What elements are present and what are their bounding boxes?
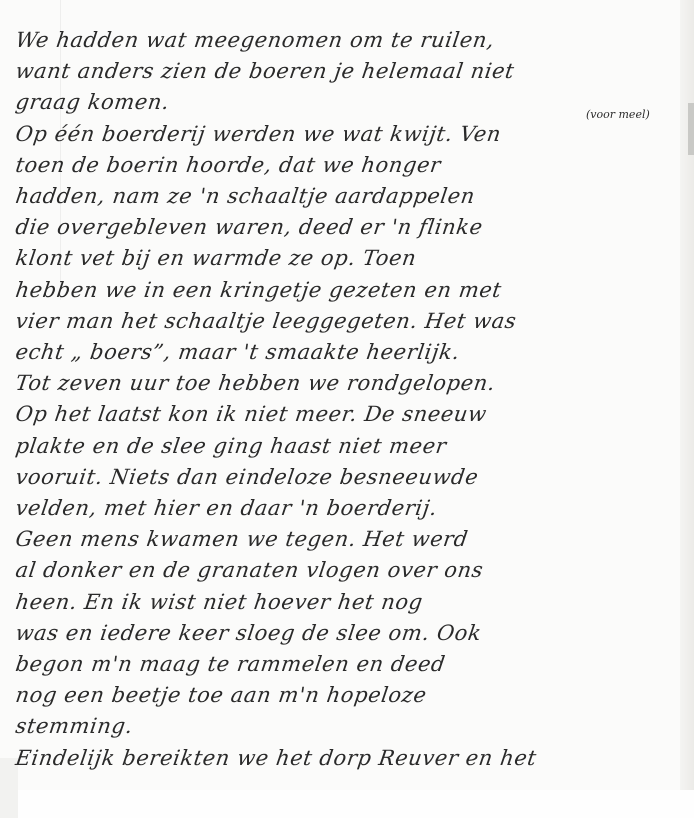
- text-line-19: heen. En ik wist niet hoever het nog: [14, 590, 425, 614]
- text-line-16: velden, met hier en daar 'n boerderij.: [14, 496, 439, 520]
- text-line-1: We hadden wat meegenomen om te ruilen,: [14, 28, 496, 52]
- text-line-10: vier man het schaaltje leeggegeten. Het …: [14, 309, 518, 333]
- text-line-9: hebben we in een kringetje gezeten en me…: [14, 278, 503, 302]
- text-line-15: vooruit. Niets dan eindeloze besneeuwde: [14, 465, 480, 489]
- text-line-6: hadden, nam ze 'n schaaltje aardappelen: [14, 184, 477, 208]
- text-line-11: echt „ boers”, maar 't smaakte heerlijk.: [14, 340, 461, 364]
- text-line-23: stemming.: [14, 714, 135, 738]
- text-line-5: toen de boerin hoorde, dat we honger: [14, 153, 443, 177]
- text-line-17: Geen mens kwamen we tegen. Het werd: [14, 527, 470, 551]
- text-line-2: want anders zien de boeren je helemaal n…: [14, 59, 516, 83]
- margin-note: (voor meel): [586, 108, 650, 121]
- text-line-21: begon m'n maag te rammelen en deed: [14, 652, 447, 676]
- text-line-4: Op één boerderij werden we wat kwijt. Ve…: [14, 122, 503, 146]
- text-line-14: plakte en de slee ging haast niet meer: [14, 434, 448, 458]
- text-line-12: Tot zeven uur toe hebben we rondgelopen.: [14, 371, 497, 395]
- text-line-8: klont vet bij en warmde ze op. Toen: [14, 246, 418, 270]
- text-line-7: die overgebleven waren, deed er 'n flink…: [14, 215, 484, 239]
- scan-edge-notch: [688, 103, 694, 155]
- text-line-22: nog een beetje toe aan m'n hopeloze: [14, 683, 428, 707]
- text-line-18: al donker en de granaten vlogen over ons: [14, 558, 485, 582]
- text-line-3: graag komen.: [14, 90, 171, 114]
- text-line-13: Op het laatst kon ik niet meer. De sneeu…: [14, 402, 488, 426]
- text-line-20: was en iedere keer sloeg de slee om. Ook: [14, 621, 483, 645]
- scanned-page: (voor meel) We hadden wat meegenomen om …: [0, 0, 694, 818]
- scan-bottom-margin: [0, 790, 694, 818]
- text-line-24: Eindelijk bereikten we het dorp Reuver e…: [14, 746, 538, 770]
